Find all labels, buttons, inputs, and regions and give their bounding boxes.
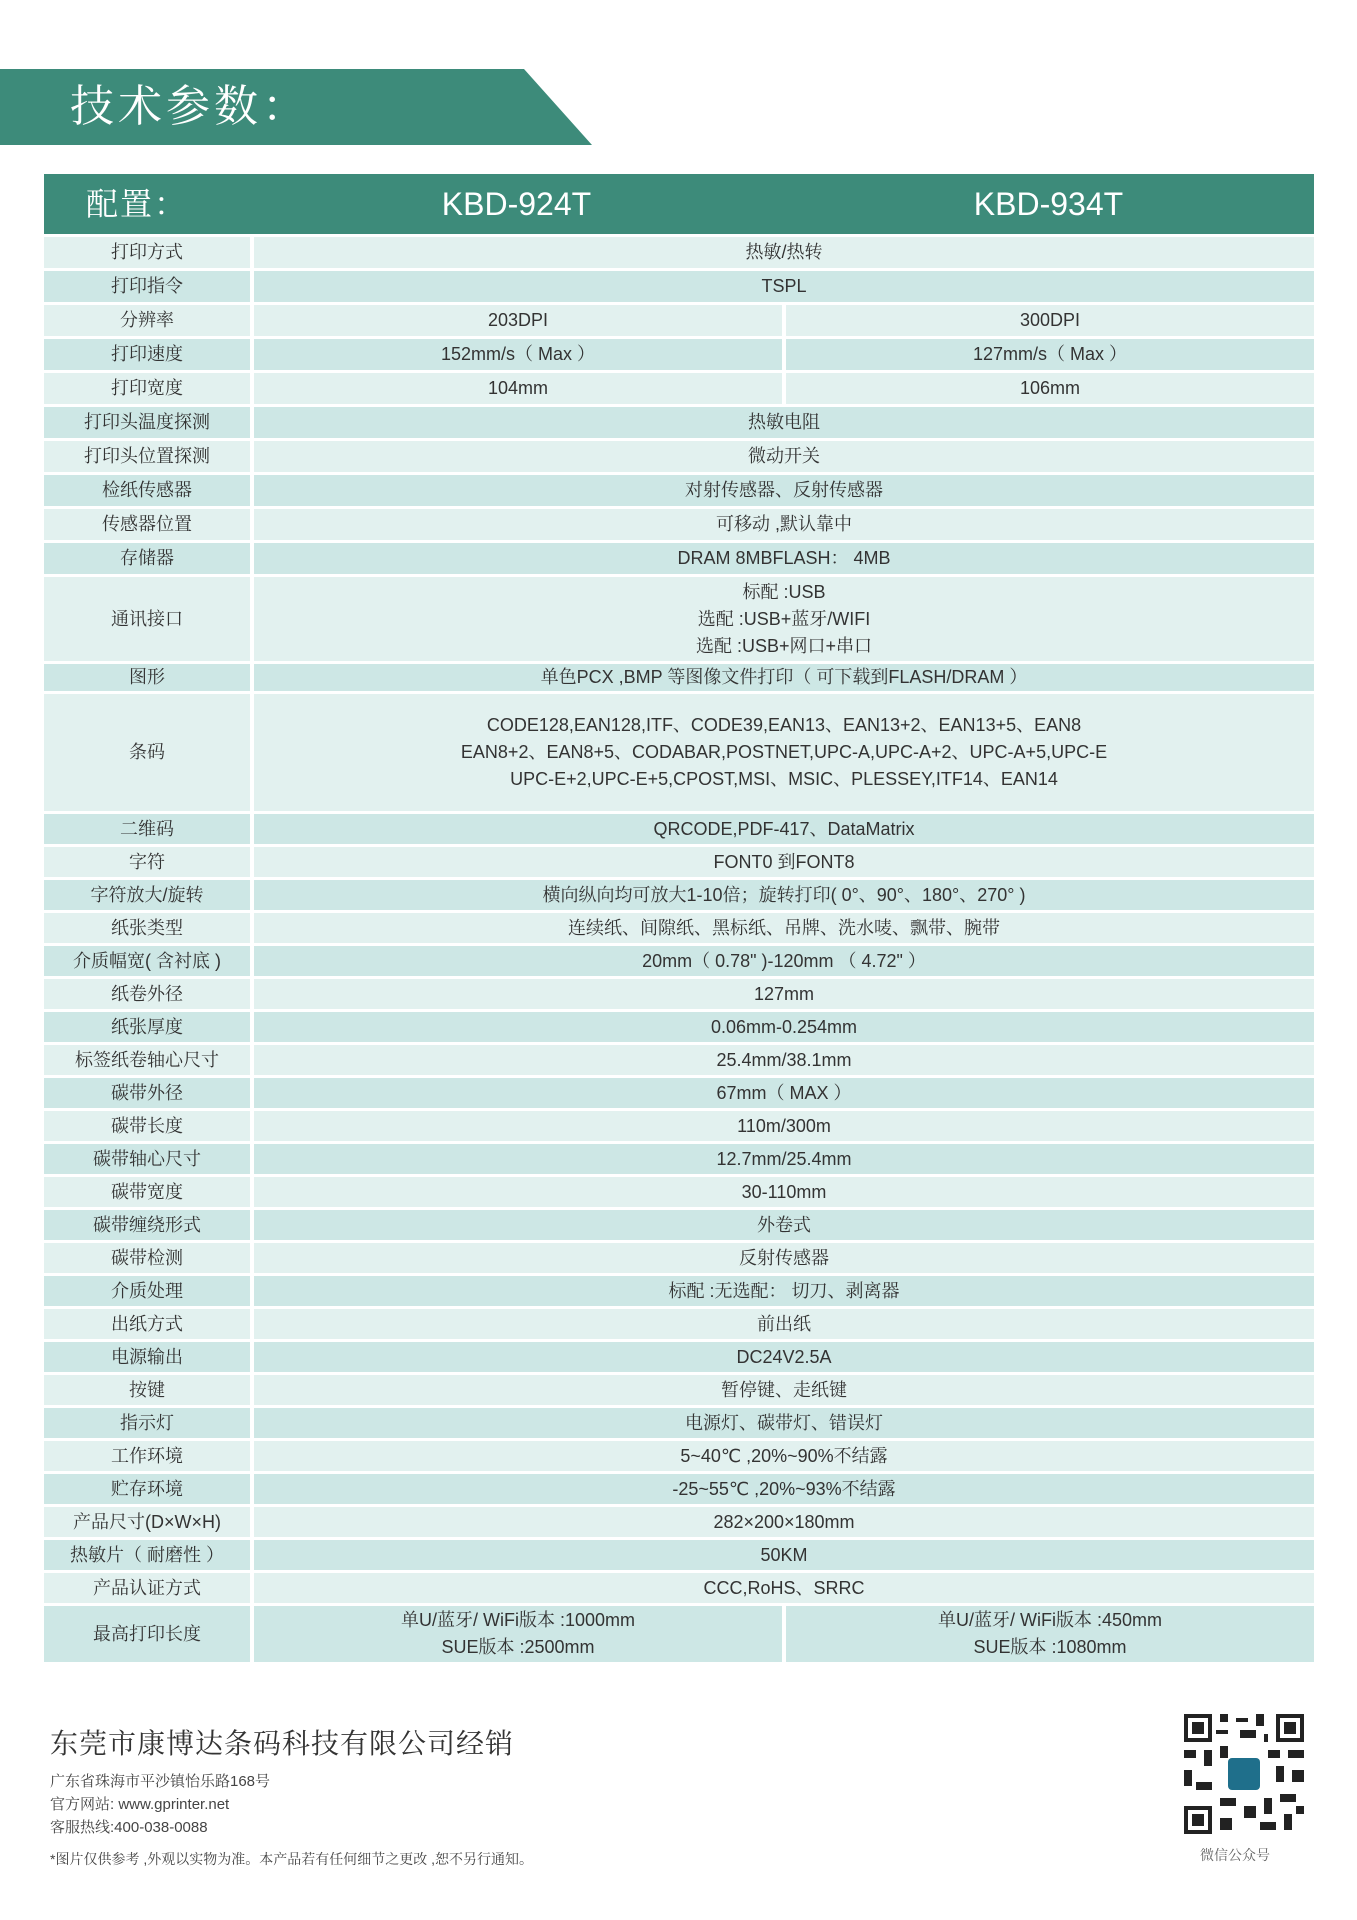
row-value: 电源灯、碳带灯、错误灯 (254, 1408, 1314, 1438)
row-label: 工作环境 (44, 1441, 250, 1471)
value-line: UPC-E+2,UPC-E+5,CPOST,MSI、MSIC、PLESSEY,I… (510, 766, 1058, 793)
row-label: 打印指令 (44, 271, 250, 302)
row-value: 152mm/s（ Max ） (254, 339, 782, 370)
row-value: 12.7mm/25.4mm (254, 1144, 1314, 1174)
row-value: 127mm/s（ Max ） (786, 339, 1314, 370)
row-value: 单U/蓝牙/ WiFi版本 :1000mmSUE版本 :2500mm (254, 1606, 782, 1662)
table-row: 存储器DRAM 8MBFLASH： 4MB (44, 543, 1314, 574)
row-value: 对射传感器、反射传感器 (254, 475, 1314, 506)
row-value: 0.06mm-0.254mm (254, 1012, 1314, 1042)
table-row: 标签纸卷轴心尺寸25.4mm/38.1mm (44, 1045, 1314, 1075)
table-row: 热敏片（ 耐磨性 ）50KM (44, 1540, 1314, 1570)
row-label: 介质幅宽( 含衬底 ) (44, 946, 250, 976)
table-row: 打印方式热敏/热转 (44, 237, 1314, 268)
row-label: 打印头温度探测 (44, 407, 250, 438)
row-label: 纸卷外径 (44, 979, 250, 1009)
row-value: 25.4mm/38.1mm (254, 1045, 1314, 1075)
row-value: 连续纸、间隙纸、黑标纸、吊牌、洗水唛、飘带、腕带 (254, 913, 1314, 943)
value-line: CODE128,EAN128,ITF、CODE39,EAN13、EAN13+2、… (487, 712, 1081, 739)
row-label: 字符放大/旋转 (44, 880, 250, 910)
row-value: 前出纸 (254, 1309, 1314, 1339)
row-value: QRCODE,PDF-417、DataMatrix (254, 814, 1314, 844)
table-row: 条码CODE128,EAN128,ITF、CODE39,EAN13、EAN13+… (44, 694, 1314, 811)
row-value: TSPL (254, 271, 1314, 302)
row-label: 碳带轴心尺寸 (44, 1144, 250, 1174)
value-line: 选配 :USB+蓝牙/WIFI (698, 606, 871, 633)
row-value: 可移动 ,默认靠中 (254, 509, 1314, 540)
row-value: 单U/蓝牙/ WiFi版本 :450mmSUE版本 :1080mm (786, 1606, 1314, 1662)
row-label: 最高打印长度 (44, 1606, 250, 1662)
table-row: 工作环境5~40℃ ,20%~90%不结露 (44, 1441, 1314, 1471)
model-924t: KBD-924T (250, 182, 783, 226)
value-line: SUE版本 :2500mm (441, 1634, 594, 1661)
row-label: 打印速度 (44, 339, 250, 370)
table-row: 产品认证方式CCC,RoHS、SRRC (44, 1573, 1314, 1603)
table-row: 电源输出DC24V2.5A (44, 1342, 1314, 1372)
model-934t: KBD-934T (783, 182, 1314, 226)
row-label: 存储器 (44, 543, 250, 574)
row-value: 反射传感器 (254, 1243, 1314, 1273)
row-label: 打印宽度 (44, 373, 250, 404)
row-value: 127mm (254, 979, 1314, 1009)
row-value: 300DPI (786, 305, 1314, 336)
value-line: 单U/蓝牙/ WiFi版本 :450mm (938, 1607, 1162, 1634)
row-value: CODE128,EAN128,ITF、CODE39,EAN13、EAN13+2、… (254, 694, 1314, 811)
row-value: -25~55℃ ,20%~93%不结露 (254, 1474, 1314, 1504)
table-row: 碳带外径67mm（ MAX ） (44, 1078, 1314, 1108)
table-row: 贮存环境-25~55℃ ,20%~93%不结露 (44, 1474, 1314, 1504)
table-row: 检纸传感器对射传感器、反射传感器 (44, 475, 1314, 506)
row-label: 产品认证方式 (44, 1573, 250, 1603)
qr-caption: 微信公众号 (1200, 1845, 1270, 1865)
row-label: 打印头位置探测 (44, 441, 250, 472)
disclaimer: *图片仅供参考 ,外观以实物为准。本产品若有任何细节之更改 ,恕不另行通知。 (50, 1849, 533, 1869)
row-value: 104mm (254, 373, 782, 404)
value-line: 选配 :USB+网口+串口 (696, 633, 872, 660)
row-label: 条码 (44, 694, 250, 811)
qr-code-icon (1180, 1710, 1308, 1838)
row-label: 图形 (44, 664, 250, 691)
table-row: 传感器位置可移动 ,默认靠中 (44, 509, 1314, 540)
value-line: SUE版本 :1080mm (973, 1634, 1126, 1661)
table-row: 字符FONT0 到FONT8 (44, 847, 1314, 877)
row-label: 指示灯 (44, 1408, 250, 1438)
table-row: 碳带长度110m/300m (44, 1111, 1314, 1141)
row-value: DC24V2.5A (254, 1342, 1314, 1372)
row-label: 分辨率 (44, 305, 250, 336)
row-value: CCC,RoHS、SRRC (254, 1573, 1314, 1603)
spec-table: 配置： KBD-924T KBD-934T 打印方式热敏/热转打印指令TSPL分… (44, 174, 1314, 1665)
row-label: 贮存环境 (44, 1474, 250, 1504)
row-value: 暂停键、走纸键 (254, 1375, 1314, 1405)
row-label: 电源输出 (44, 1342, 250, 1372)
website-link[interactable]: 官方网站: www.gprinter.net (50, 1793, 229, 1814)
table-row: 通讯接口标配 :USB选配 :USB+蓝牙/WIFI选配 :USB+网口+串口 (44, 577, 1314, 661)
row-label: 二维码 (44, 814, 250, 844)
page-title: 技术参数： (70, 78, 310, 136)
row-value: 标配 :无选配： 切刀、剥离器 (254, 1276, 1314, 1306)
table-row: 碳带缠绕形式外卷式 (44, 1210, 1314, 1240)
row-label: 碳带长度 (44, 1111, 250, 1141)
table-row: 分辨率203DPI300DPI (44, 305, 1314, 336)
table-row: 纸卷外径127mm (44, 979, 1314, 1009)
value-line: 单U/蓝牙/ WiFi版本 :1000mm (401, 1607, 635, 1634)
table-row: 打印指令TSPL (44, 271, 1314, 302)
table-row: 介质幅宽( 含衬底 )20mm（ 0.78" )-120mm （ 4.72" ） (44, 946, 1314, 976)
config-label: 配置： (86, 182, 188, 226)
table-row: 介质处理标配 :无选配： 切刀、剥离器 (44, 1276, 1314, 1306)
row-label: 按键 (44, 1375, 250, 1405)
row-label: 标签纸卷轴心尺寸 (44, 1045, 250, 1075)
row-value: 30-110mm (254, 1177, 1314, 1207)
table-row: 字符放大/旋转横向纵向均可放大1-10倍；旋转打印( 0°、90°、180°、2… (44, 880, 1314, 910)
row-label: 碳带缠绕形式 (44, 1210, 250, 1240)
row-label: 字符 (44, 847, 250, 877)
table-row: 纸张厚度0.06mm-0.254mm (44, 1012, 1314, 1042)
table-row: 碳带宽度30-110mm (44, 1177, 1314, 1207)
row-value: 203DPI (254, 305, 782, 336)
row-value: 20mm（ 0.78" )-120mm （ 4.72" ） (254, 946, 1314, 976)
table-row: 打印宽度104mm106mm (44, 373, 1314, 404)
row-value: FONT0 到FONT8 (254, 847, 1314, 877)
row-value: 热敏/热转 (254, 237, 1314, 268)
row-value: 110m/300m (254, 1111, 1314, 1141)
row-value: 单色PCX ,BMP 等图像文件打印（ 可下载到FLASH/DRAM ） (254, 664, 1314, 691)
row-label: 碳带检测 (44, 1243, 250, 1273)
table-row: 指示灯电源灯、碳带灯、错误灯 (44, 1408, 1314, 1438)
row-value: 67mm（ MAX ） (254, 1078, 1314, 1108)
row-value: 5~40℃ ,20%~90%不结露 (254, 1441, 1314, 1471)
table-row: 打印头位置探测微动开关 (44, 441, 1314, 472)
table-row: 打印头温度探测热敏电阻 (44, 407, 1314, 438)
table-row: 最高打印长度单U/蓝牙/ WiFi版本 :1000mmSUE版本 :2500mm… (44, 1606, 1314, 1662)
table-row: 打印速度152mm/s（ Max ）127mm/s（ Max ） (44, 339, 1314, 370)
table-row: 碳带轴心尺寸12.7mm/25.4mm (44, 1144, 1314, 1174)
table-row: 图形单色PCX ,BMP 等图像文件打印（ 可下载到FLASH/DRAM ） (44, 664, 1314, 691)
row-value: 50KM (254, 1540, 1314, 1570)
table-row: 按键暂停键、走纸键 (44, 1375, 1314, 1405)
row-value: 微动开关 (254, 441, 1314, 472)
table-row: 二维码QRCODE,PDF-417、DataMatrix (44, 814, 1314, 844)
table-row: 碳带检测反射传感器 (44, 1243, 1314, 1273)
table-row: 产品尺寸(D×W×H)282×200×180mm (44, 1507, 1314, 1537)
row-label: 碳带外径 (44, 1078, 250, 1108)
row-value: 横向纵向均可放大1-10倍；旋转打印( 0°、90°、180°、270° ) (254, 880, 1314, 910)
company-name: 东莞市康博达条码科技有限公司经销 (50, 1722, 514, 1762)
row-label: 通讯接口 (44, 577, 250, 661)
row-label: 碳带宽度 (44, 1177, 250, 1207)
row-label: 出纸方式 (44, 1309, 250, 1339)
row-value: 282×200×180mm (254, 1507, 1314, 1537)
row-label: 产品尺寸(D×W×H) (44, 1507, 250, 1537)
row-label: 纸张类型 (44, 913, 250, 943)
row-label: 热敏片（ 耐磨性 ） (44, 1540, 250, 1570)
row-label: 打印方式 (44, 237, 250, 268)
table-row: 出纸方式前出纸 (44, 1309, 1314, 1339)
qr-code (1180, 1710, 1308, 1838)
row-label: 检纸传感器 (44, 475, 250, 506)
value-line: 标配 :USB (742, 579, 825, 606)
row-label: 传感器位置 (44, 509, 250, 540)
row-value: 106mm (786, 373, 1314, 404)
row-value: 外卷式 (254, 1210, 1314, 1240)
hotline: 客服热线:400-038-0088 (50, 1816, 208, 1837)
table-body: 打印方式热敏/热转打印指令TSPL分辨率203DPI300DPI打印速度152m… (44, 237, 1314, 1662)
address: 广东省珠海市平沙镇怡乐路168号 (50, 1770, 270, 1791)
table-header: 配置： KBD-924T KBD-934T (44, 174, 1314, 234)
row-value: 热敏电阻 (254, 407, 1314, 438)
table-row: 纸张类型连续纸、间隙纸、黑标纸、吊牌、洗水唛、飘带、腕带 (44, 913, 1314, 943)
row-value: DRAM 8MBFLASH： 4MB (254, 543, 1314, 574)
row-label: 纸张厚度 (44, 1012, 250, 1042)
row-value: 标配 :USB选配 :USB+蓝牙/WIFI选配 :USB+网口+串口 (254, 577, 1314, 661)
value-line: EAN8+2、EAN8+5、CODABAR,POSTNET,UPC-A,UPC-… (461, 739, 1107, 766)
row-label: 介质处理 (44, 1276, 250, 1306)
